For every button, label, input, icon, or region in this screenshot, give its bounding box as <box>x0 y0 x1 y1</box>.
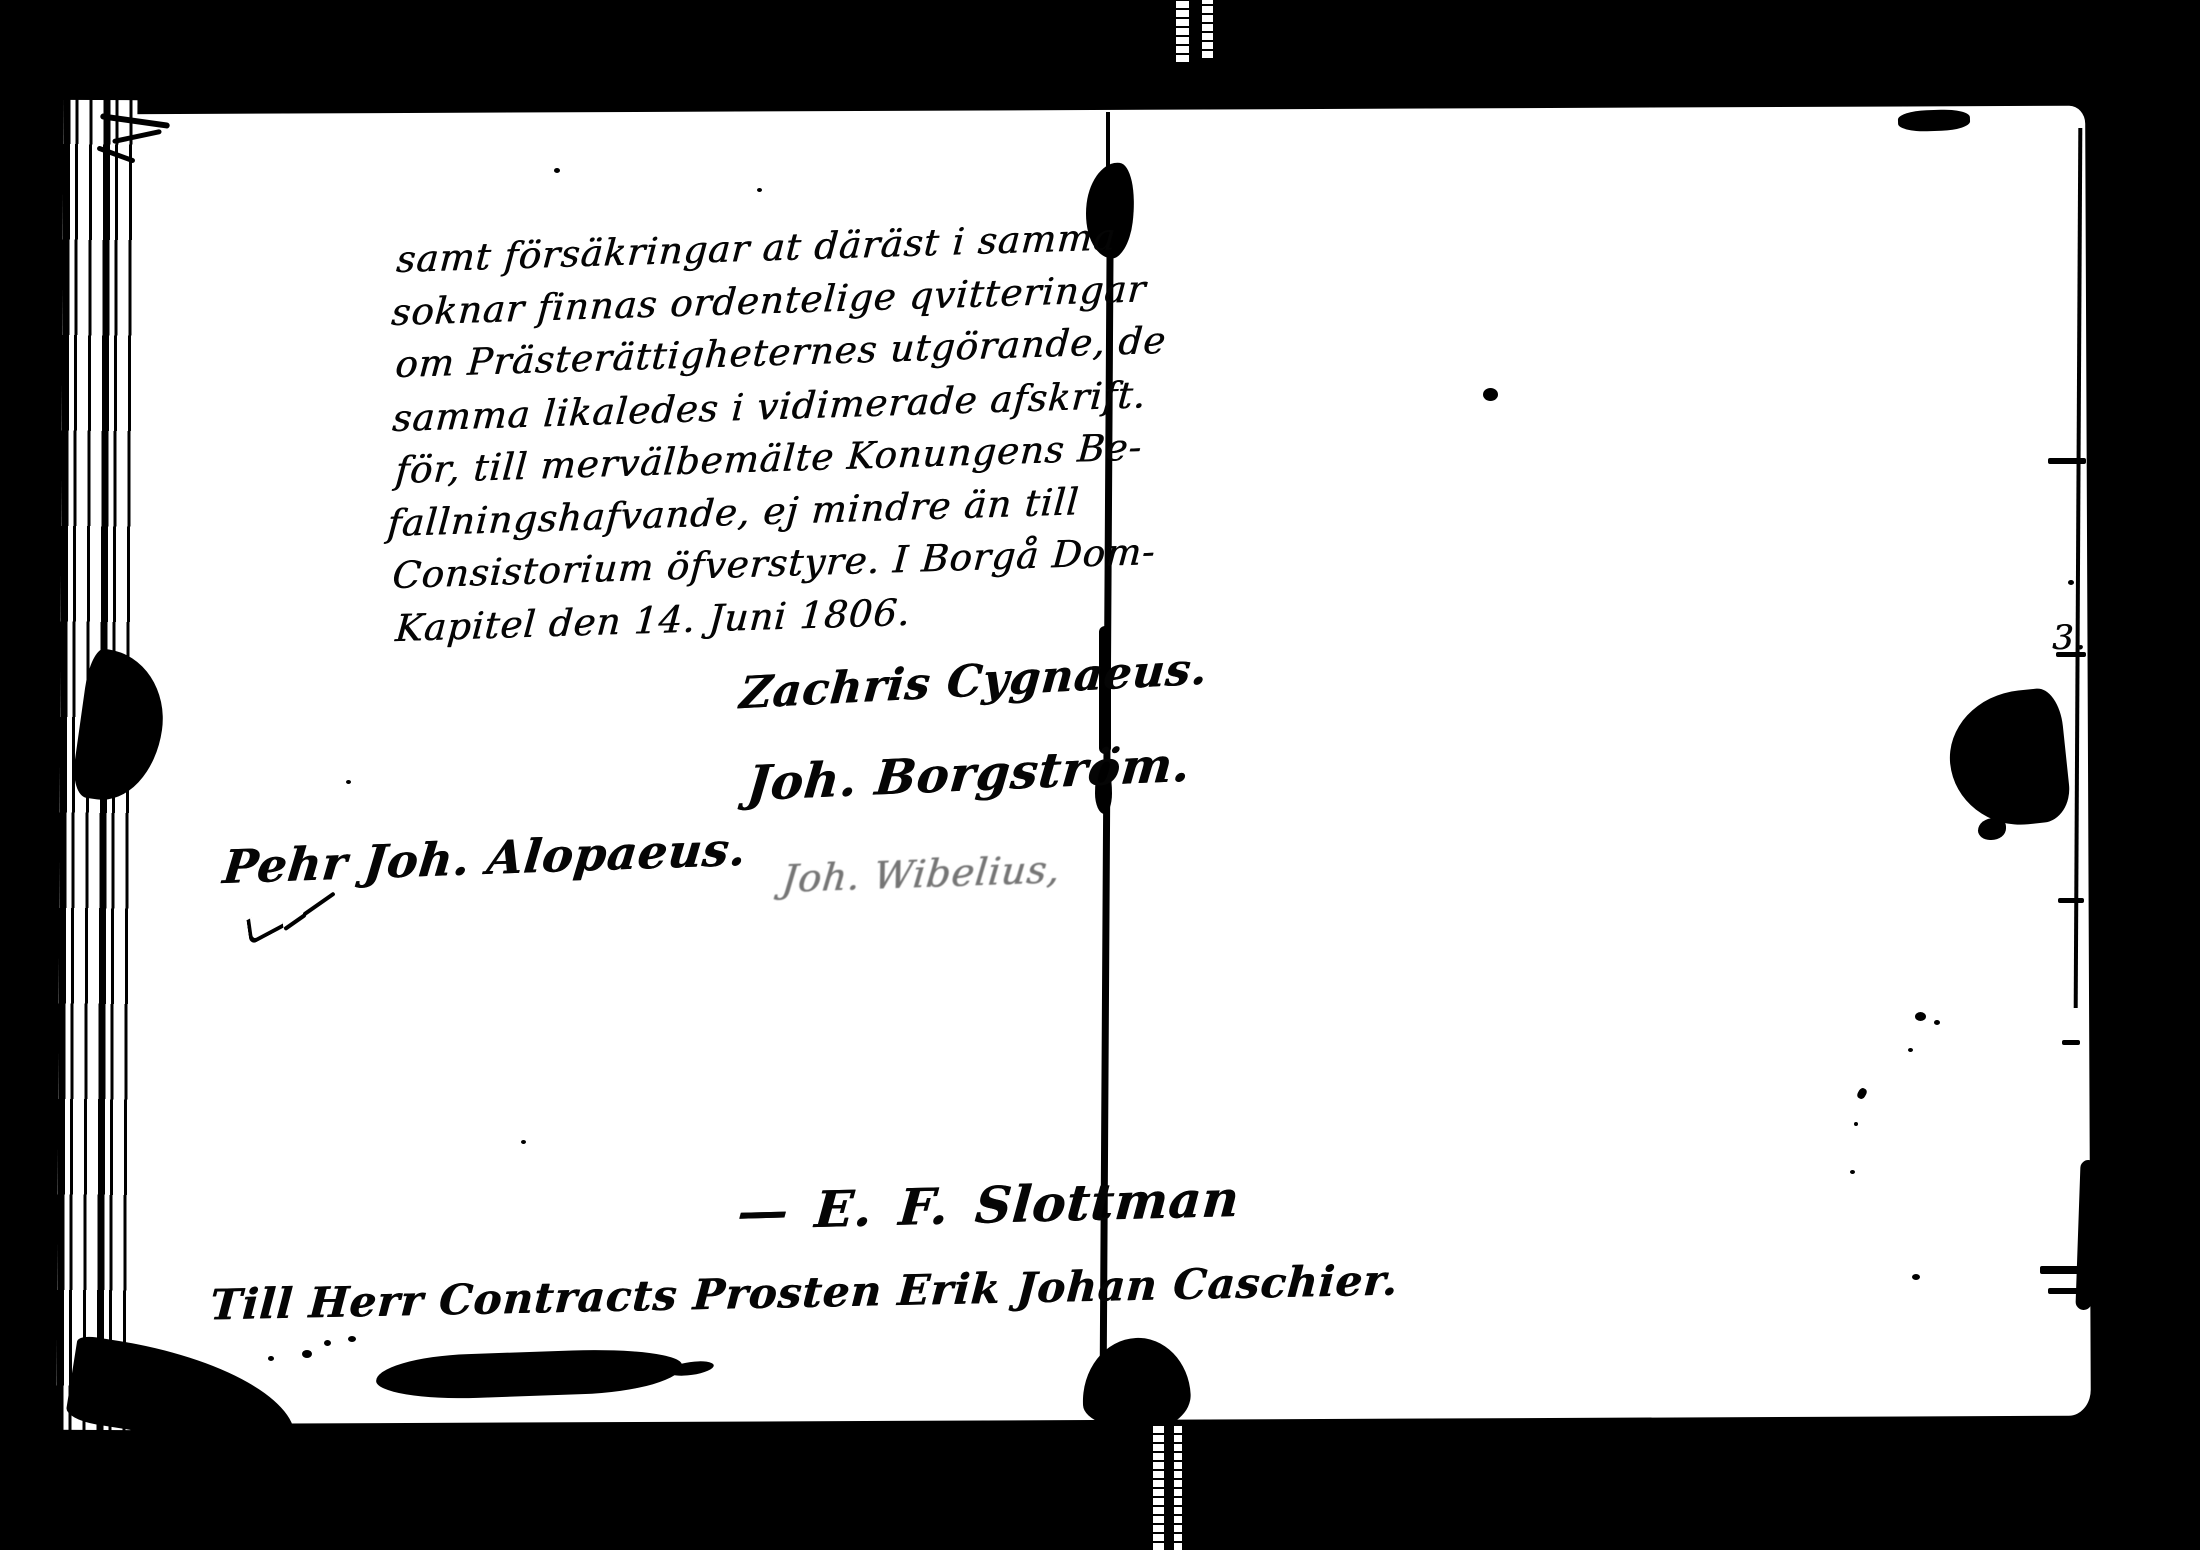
ink-speck <box>1912 1274 1920 1280</box>
spine-stripe-top-1 <box>1176 0 1189 62</box>
ink-speck <box>2068 580 2074 585</box>
ink-speck <box>1908 1048 1913 1052</box>
ink-speck <box>1854 1122 1858 1126</box>
ink-speck <box>1483 388 1498 401</box>
ink-speck <box>302 1350 312 1358</box>
edge-tick-3 <box>2058 898 2084 903</box>
ink-speck <box>554 168 560 173</box>
ink-speck <box>346 780 351 784</box>
spine-stripe-bottom-1 <box>1153 1424 1164 1550</box>
edge-tick-4 <box>2040 1266 2082 1274</box>
ink-speck <box>1850 1170 1855 1174</box>
spine-stripe-bottom-2 <box>1174 1424 1182 1550</box>
edge-tick-1 <box>2048 458 2086 464</box>
ink-speck <box>1915 1012 1926 1021</box>
edge-tick-5 <box>2048 1288 2078 1294</box>
ink-speck <box>1934 1020 1940 1025</box>
ink-speck <box>521 1140 526 1144</box>
spine-stripe-top-2 <box>1202 0 1213 58</box>
ink-speck <box>348 1336 356 1342</box>
ink-speck <box>757 188 762 192</box>
page-number: 3. <box>2052 618 2086 658</box>
ink-speck <box>268 1356 274 1361</box>
edge-tick-6 <box>2062 1040 2080 1045</box>
ink-speck <box>324 1340 331 1346</box>
scanned-book-spread: samt försäkringar at däräst i samma sokn… <box>0 0 2200 1550</box>
